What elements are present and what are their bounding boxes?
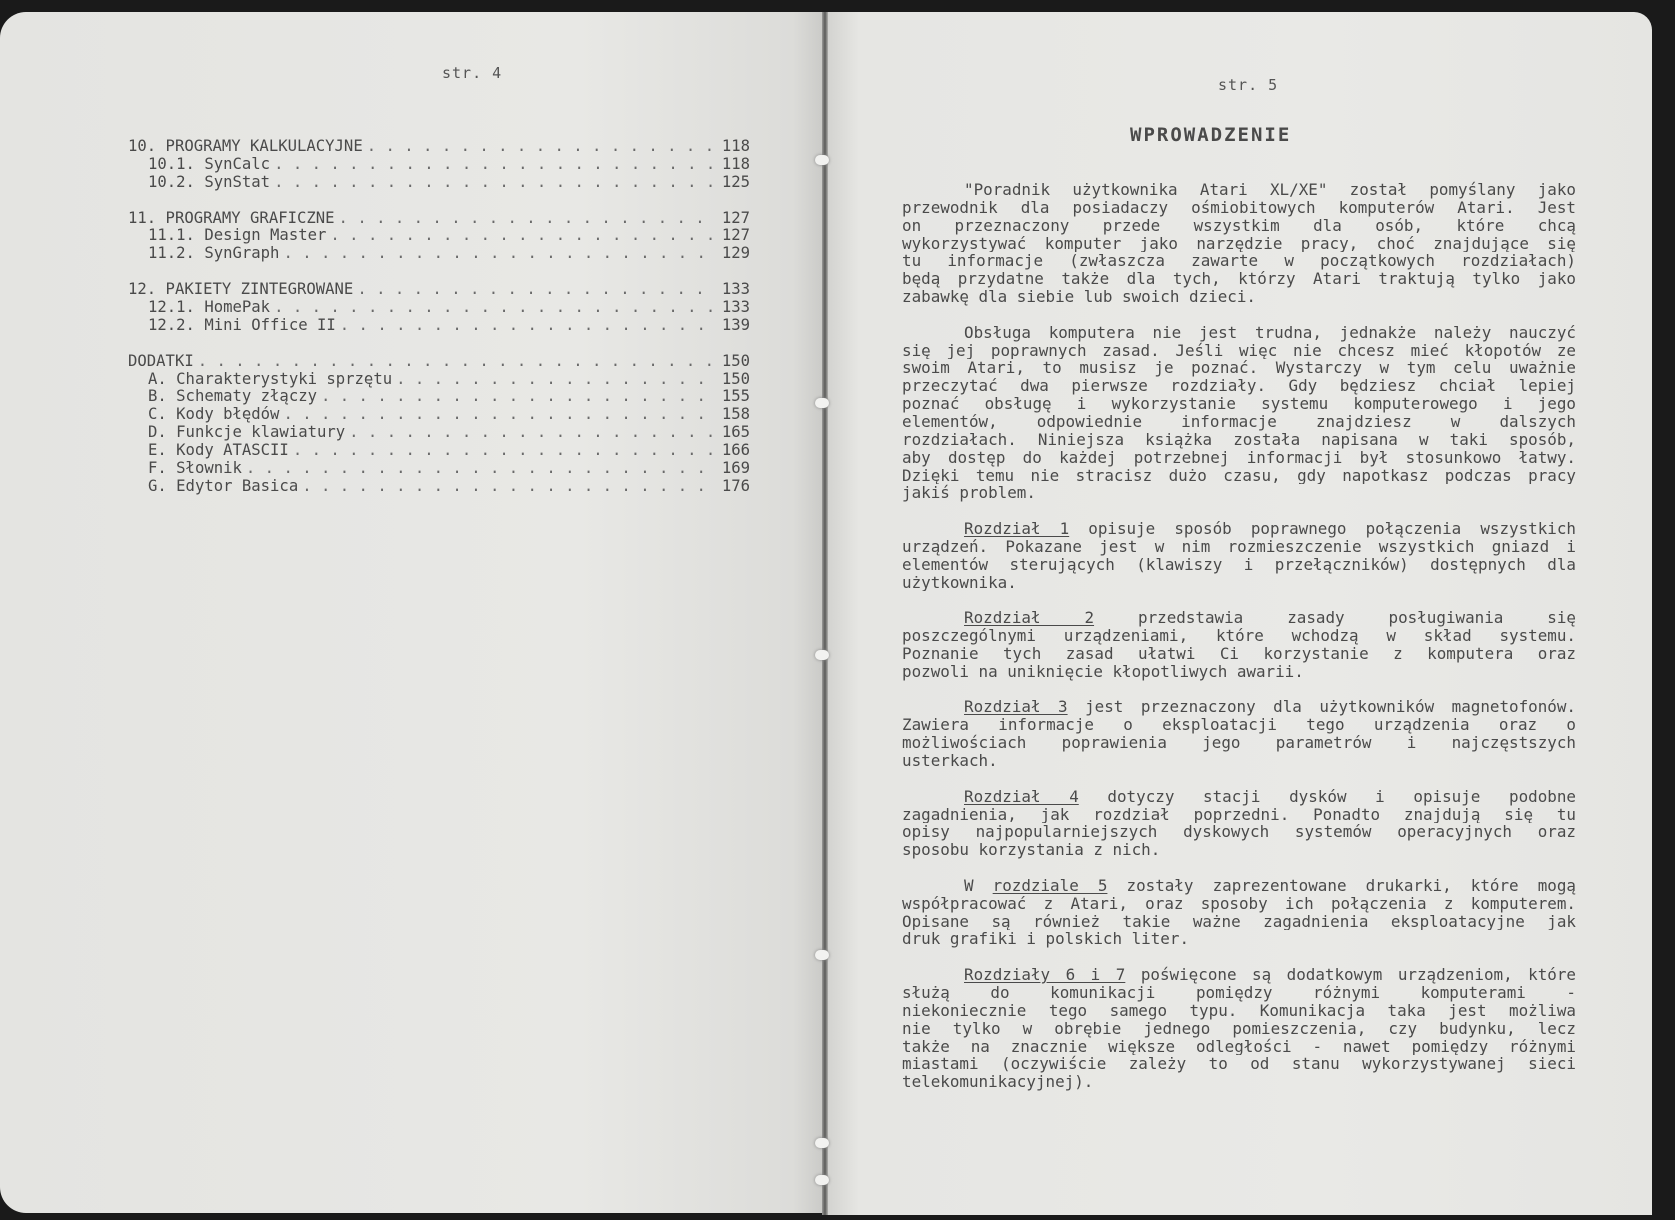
paragraph: W rozdziale 5 zostały zaprezentowane dru… bbox=[902, 877, 1576, 948]
text-line: się jej poprawnych zasad. Jeśli więc nie… bbox=[902, 342, 1576, 360]
toc-entry: D. Funkcje klawiatury165 bbox=[128, 424, 750, 442]
text-line-content: opisuje sposób poprawnego połączenia wsz… bbox=[1088, 520, 1576, 538]
text-line-content: pozwoli na uniknięcie kłopotliwych awari… bbox=[902, 663, 1304, 681]
chapter-reference: rozdziale 5 bbox=[993, 877, 1108, 895]
text-line-content: miastami (oczywiście zależy to od stanu … bbox=[902, 1055, 1576, 1073]
text-line-content: elementów sterujących (klawiszy i przełą… bbox=[902, 556, 1576, 574]
text-line-content: jest przeznaczony dla użytkowników magne… bbox=[1085, 698, 1576, 716]
paragraph: "Poradnik użytkownika Atari XL/XE" zosta… bbox=[902, 181, 1576, 306]
text-line: służą do komunikacji pomiędzy różnymi ko… bbox=[902, 984, 1576, 1002]
toc-entry-page: 150 bbox=[716, 353, 750, 371]
toc-entry-label: 10. PROGRAMY KALKULACYJNE bbox=[128, 138, 363, 156]
text-line-content: zagadnienia, jak rozdział poprzedni. Pon… bbox=[902, 806, 1576, 824]
toc-entry: 11.1. Design Master127 bbox=[128, 227, 750, 245]
text-line-content: telekomunikacyjnej). bbox=[902, 1073, 1093, 1091]
text-line: przewodnik dla posiadaczy ośmiobitowych … bbox=[902, 199, 1576, 217]
toc-entry: 12.1. HomePak133 bbox=[128, 299, 750, 317]
toc-entry: DODATKI150 bbox=[128, 353, 750, 371]
toc-entry-label: DODATKI bbox=[128, 353, 194, 371]
introduction-body: "Poradnik użytkownika Atari XL/XE" zosta… bbox=[902, 181, 1576, 1109]
text-line-content: poznać obsługę i wykorzystanie systemu k… bbox=[902, 395, 1576, 413]
text-line: Rozdział 3 jest przeznaczony dla użytkow… bbox=[902, 698, 1576, 716]
text-line-content: rozdziałach. Niniejsza książka została n… bbox=[902, 431, 1576, 449]
text-line-content: współpracować z Atari, oraz sposoby ich … bbox=[902, 895, 1576, 913]
toc-spacer bbox=[128, 335, 750, 353]
toc-leader-dots bbox=[392, 371, 716, 389]
toc-entry-page: 133 bbox=[716, 299, 750, 317]
book-gutter bbox=[822, 12, 828, 1215]
text-line-content: dotyczy stacji dysków i opisuje podobne bbox=[1107, 788, 1576, 806]
text-line-content: on przeznaczony przede wszystkim dla osó… bbox=[902, 217, 1576, 235]
toc-leader-dots bbox=[336, 317, 716, 335]
text-line-content: swoim Atari, to musisz je poznać. Wystar… bbox=[902, 359, 1576, 377]
chapter-title: WPROWADZENIE bbox=[1130, 124, 1291, 146]
paragraph: Rozdział 4 dotyczy stacji dysków i opisu… bbox=[902, 788, 1576, 859]
toc-entry-page: 150 bbox=[716, 371, 750, 389]
text-line: Dzięki temu nie stracisz dużo czasu, gdy… bbox=[902, 467, 1576, 485]
text-line: aby dostęp do każdej potrzebnej informac… bbox=[902, 449, 1576, 467]
toc-entry: 12.2. Mini Office II139 bbox=[128, 317, 750, 335]
text-line-content: tu informacje (zwłaszcza zawarte w począ… bbox=[902, 252, 1576, 270]
text-line-content: Zawiera informacje o eksploatacji tego u… bbox=[902, 716, 1576, 734]
text-line-content: wykorzystywać komputer jako narzędzie pr… bbox=[902, 235, 1576, 253]
toc-spacer bbox=[128, 263, 750, 281]
binding-hole bbox=[815, 1175, 829, 1185]
toc-entry-page: 127 bbox=[716, 210, 750, 228]
toc-leader-dots bbox=[279, 406, 716, 424]
toc-entry-label: 10.1. SynCalc bbox=[128, 156, 270, 174]
text-line: zagadnienia, jak rozdział poprzedni. Pon… bbox=[902, 806, 1576, 824]
toc-entry-label: A. Charakterystyki sprzętu bbox=[128, 371, 392, 389]
toc-entry: F. Słownik169 bbox=[128, 460, 750, 478]
text-line: możliwościach poprawienia jego parametró… bbox=[902, 734, 1576, 752]
binding-hole bbox=[815, 1138, 829, 1148]
text-line-content: także na znacznie większe odległości - n… bbox=[902, 1038, 1576, 1056]
text-line: nie tylko w obrębie jednego pomieszczeni… bbox=[902, 1020, 1576, 1038]
text-line: miastami (oczywiście zależy to od stanu … bbox=[902, 1055, 1576, 1073]
toc-entry: C. Kody błędów158 bbox=[128, 406, 750, 424]
text-line: "Poradnik użytkownika Atari XL/XE" zosta… bbox=[902, 181, 1576, 199]
text-line: pozwoli na uniknięcie kłopotliwych awari… bbox=[902, 663, 1576, 681]
toc-entry-label: 12. PAKIETY ZINTEGROWANE bbox=[128, 281, 353, 299]
paragraph: Rozdziały 6 i 7 poświęcone są dodatkowym… bbox=[902, 966, 1576, 1091]
toc-entry: 10.1. SynCalc118 bbox=[128, 156, 750, 174]
right-page-number: str. 5 bbox=[1218, 76, 1278, 94]
toc-leader-dots bbox=[326, 227, 716, 245]
text-line-content: Obsługa komputera nie jest trudna, jedna… bbox=[964, 324, 1576, 342]
text-line-content: się jej poprawnych zasad. Jeśli więc nie… bbox=[902, 342, 1576, 360]
toc-leader-dots bbox=[270, 174, 716, 192]
table-of-contents: 10. PROGRAMY KALKULACYJNE11810.1. SynCal… bbox=[128, 138, 750, 496]
chapter-reference: Rozdziały 6 i 7 bbox=[964, 966, 1125, 984]
text-line: tu informacje (zwłaszcza zawarte w począ… bbox=[902, 252, 1576, 270]
text-line-content: poszczególnymi urządzeniami, które wchod… bbox=[902, 627, 1576, 645]
text-line: współpracować z Atari, oraz sposoby ich … bbox=[902, 895, 1576, 913]
toc-entry-label: 11. PROGRAMY GRAFICZNE bbox=[128, 210, 335, 228]
toc-leader-dots bbox=[345, 424, 716, 442]
text-line: zabawkę dla siebie lub swoich dzieci. bbox=[902, 288, 1576, 306]
binding-hole bbox=[815, 398, 829, 408]
chapter-reference: Rozdział 4 bbox=[964, 788, 1079, 806]
toc-entry-page: 125 bbox=[716, 174, 750, 192]
text-line-content: niekoniecznie tego samego typu. Komunika… bbox=[902, 1002, 1576, 1020]
text-line: jakiś problem. bbox=[902, 484, 1576, 502]
text-line: usterkach. bbox=[902, 752, 1576, 770]
toc-entry-label: F. Słownik bbox=[128, 460, 242, 478]
text-line: wykorzystywać komputer jako narzędzie pr… bbox=[902, 235, 1576, 253]
text-line-content: aby dostęp do każdej potrzebnej informac… bbox=[902, 449, 1576, 467]
toc-leader-dots bbox=[194, 353, 716, 371]
toc-entry-label: E. Kody ATASCII bbox=[128, 442, 289, 460]
toc-entry-page: 165 bbox=[716, 424, 750, 442]
text-line-content: zabawkę dla siebie lub swoich dzieci. bbox=[902, 288, 1256, 306]
text-line: Opisane są również takie ważne zagadnien… bbox=[902, 913, 1576, 931]
chapter-reference: Rozdział 1 bbox=[964, 520, 1069, 538]
toc-entry-page: 118 bbox=[716, 156, 750, 174]
left-page-number: str. 4 bbox=[442, 64, 502, 82]
text-line-content: jakiś problem. bbox=[902, 484, 1036, 502]
paragraph: Rozdział 3 jest przeznaczony dla użytkow… bbox=[902, 698, 1576, 769]
text-line-content: przewodnik dla posiadaczy ośmiobitowych … bbox=[902, 199, 1576, 217]
toc-entry: G. Edytor Basica176 bbox=[128, 478, 750, 496]
text-line-content: Opisane są również takie ważne zagadnien… bbox=[902, 913, 1576, 931]
text-line-content: "Poradnik użytkownika Atari XL/XE" zosta… bbox=[964, 181, 1576, 199]
toc-entry: 12. PAKIETY ZINTEGROWANE133 bbox=[128, 281, 750, 299]
text-line-content: Dzięki temu nie stracisz dużo czasu, gdy… bbox=[902, 467, 1576, 485]
toc-entry: 11.2. SynGraph129 bbox=[128, 245, 750, 263]
toc-entry-label: 11.2. SynGraph bbox=[128, 245, 279, 263]
toc-entry-page: 176 bbox=[716, 478, 750, 496]
text-line: poszczególnymi urządzeniami, które wchod… bbox=[902, 627, 1576, 645]
text-line: elementów, odpowiednie informacje znajdz… bbox=[902, 413, 1576, 431]
text-line: Obsługa komputera nie jest trudna, jedna… bbox=[902, 324, 1576, 342]
toc-leader-dots bbox=[270, 299, 716, 317]
paragraph-lead: W bbox=[964, 877, 993, 895]
toc-leader-dots bbox=[317, 388, 716, 406]
toc-entry-page: 155 bbox=[716, 388, 750, 406]
toc-leader-dots bbox=[289, 442, 716, 460]
text-line-content: druk grafiki i polskich liter. bbox=[902, 930, 1189, 948]
paragraph: Rozdział 1 opisuje sposób poprawnego poł… bbox=[902, 520, 1576, 591]
toc-entry-page: 129 bbox=[716, 245, 750, 263]
text-line: on przeznaczony przede wszystkim dla osó… bbox=[902, 217, 1576, 235]
toc-leader-dots bbox=[353, 281, 716, 299]
toc-entry-label: D. Funkcje klawiatury bbox=[128, 424, 345, 442]
text-line-content: Poznanie tych zasad ułatwi Ci korzystani… bbox=[902, 645, 1576, 663]
text-line: Poznanie tych zasad ułatwi Ci korzystani… bbox=[902, 645, 1576, 663]
text-line-content: będą przydatne także dla tych, którzy At… bbox=[902, 270, 1576, 288]
toc-entry-page: 118 bbox=[716, 138, 750, 156]
text-line: sposobu korzystania z nich. bbox=[902, 841, 1576, 859]
toc-entry-label: G. Edytor Basica bbox=[128, 478, 298, 496]
toc-entry-page: 169 bbox=[716, 460, 750, 478]
text-line: W rozdziale 5 zostały zaprezentowane dru… bbox=[902, 877, 1576, 895]
text-line-content: przeczytać dwa pierwsze rozdziały. Gdy b… bbox=[902, 377, 1576, 395]
toc-leader-dots bbox=[270, 156, 716, 174]
text-line: rozdziałach. Niniejsza książka została n… bbox=[902, 431, 1576, 449]
text-line: użytkownika. bbox=[902, 574, 1576, 592]
binding-hole bbox=[815, 950, 829, 960]
text-line: swoim Atari, to musisz je poznać. Wystar… bbox=[902, 359, 1576, 377]
toc-entry: B. Schematy złączy155 bbox=[128, 388, 750, 406]
text-line-content: zostały zaprezentowane drukarki, które m… bbox=[1127, 877, 1576, 895]
text-line-content: nie tylko w obrębie jednego pomieszczeni… bbox=[902, 1020, 1576, 1038]
text-line: druk grafiki i polskich liter. bbox=[902, 930, 1576, 948]
text-line-content: poświęcone są dodatkowym urządzeniom, kt… bbox=[1141, 966, 1576, 984]
text-line: urządzeń. Pokazane jest w nim rozmieszcz… bbox=[902, 538, 1576, 556]
binding-hole bbox=[815, 155, 829, 165]
toc-entry: 10. PROGRAMY KALKULACYJNE118 bbox=[128, 138, 750, 156]
toc-leader-dots bbox=[335, 210, 716, 228]
text-line: Rozdział 2 przedstawia zasady posługiwan… bbox=[902, 609, 1576, 627]
text-line-content: opisy najpopularniejszych dyskowych syst… bbox=[902, 823, 1576, 841]
text-line: przeczytać dwa pierwsze rozdziały. Gdy b… bbox=[902, 377, 1576, 395]
toc-leader-dots bbox=[279, 245, 716, 263]
toc-entry-page: 133 bbox=[716, 281, 750, 299]
text-line: będą przydatne także dla tych, którzy At… bbox=[902, 270, 1576, 288]
text-line-content: sposobu korzystania z nich. bbox=[902, 841, 1160, 859]
text-line: Zawiera informacje o eksploatacji tego u… bbox=[902, 716, 1576, 734]
text-line-content: urządzeń. Pokazane jest w nim rozmieszcz… bbox=[902, 538, 1576, 556]
toc-entry-label: 10.2. SynStat bbox=[128, 174, 270, 192]
toc-leader-dots bbox=[363, 138, 716, 156]
text-line-content: elementów, odpowiednie informacje znajdz… bbox=[902, 413, 1576, 431]
text-line-content: służą do komunikacji pomiędzy różnymi ko… bbox=[902, 984, 1576, 1002]
chapter-reference: Rozdział 3 bbox=[964, 698, 1068, 716]
toc-spacer bbox=[128, 192, 750, 210]
text-line: opisy najpopularniejszych dyskowych syst… bbox=[902, 823, 1576, 841]
paragraph: Rozdział 2 przedstawia zasady posługiwan… bbox=[902, 609, 1576, 680]
text-line: poznać obsługę i wykorzystanie systemu k… bbox=[902, 395, 1576, 413]
text-line: niekoniecznie tego samego typu. Komunika… bbox=[902, 1002, 1576, 1020]
toc-entry-label: 11.1. Design Master bbox=[128, 227, 326, 245]
text-line: Rozdział 4 dotyczy stacji dysków i opisu… bbox=[902, 788, 1576, 806]
toc-entry-label: C. Kody błędów bbox=[128, 406, 279, 424]
toc-entry: A. Charakterystyki sprzętu150 bbox=[128, 371, 750, 389]
toc-entry-page: 166 bbox=[716, 442, 750, 460]
text-line-content: użytkownika. bbox=[902, 574, 1017, 592]
text-line: także na znacznie większe odległości - n… bbox=[902, 1038, 1576, 1056]
toc-entry-page: 127 bbox=[716, 227, 750, 245]
text-line: Rozdziały 6 i 7 poświęcone są dodatkowym… bbox=[902, 966, 1576, 984]
toc-leader-dots bbox=[298, 478, 716, 496]
toc-entry-page: 139 bbox=[716, 317, 750, 335]
text-line: elementów sterujących (klawiszy i przełą… bbox=[902, 556, 1576, 574]
binding-hole bbox=[815, 650, 829, 660]
paragraph: Obsługa komputera nie jest trudna, jedna… bbox=[902, 324, 1576, 502]
text-line-content: usterkach. bbox=[902, 752, 998, 770]
toc-leader-dots bbox=[242, 460, 716, 478]
toc-entry-page: 158 bbox=[716, 406, 750, 424]
text-line-content: przedstawia zasady posługiwania się bbox=[1138, 609, 1576, 627]
toc-entry: 11. PROGRAMY GRAFICZNE127 bbox=[128, 210, 750, 228]
text-line: telekomunikacyjnej). bbox=[902, 1073, 1576, 1091]
toc-entry-label: 12.2. Mini Office II bbox=[128, 317, 336, 335]
toc-entry: 10.2. SynStat125 bbox=[128, 174, 750, 192]
toc-entry-label: 12.1. HomePak bbox=[128, 299, 270, 317]
chapter-reference: Rozdział 2 bbox=[964, 609, 1094, 627]
toc-entry: E. Kody ATASCII166 bbox=[128, 442, 750, 460]
toc-entry-label: B. Schematy złączy bbox=[128, 388, 317, 406]
text-line: Rozdział 1 opisuje sposób poprawnego poł… bbox=[902, 520, 1576, 538]
text-line-content: możliwościach poprawienia jego parametró… bbox=[902, 734, 1576, 752]
